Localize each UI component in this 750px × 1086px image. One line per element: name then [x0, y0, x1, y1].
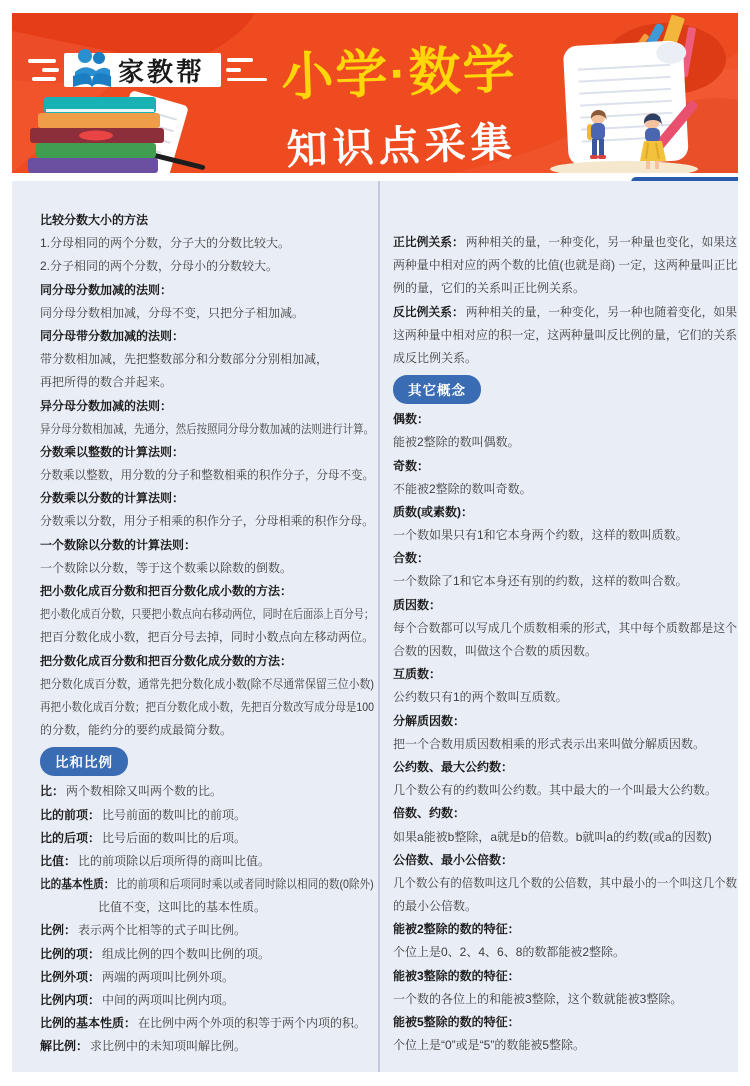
knowledge-line: 一个数除以分数，等于这个数乘以除数的倒数。 — [40, 557, 374, 580]
knowledge-line: 成反比例关系。 — [393, 347, 737, 370]
knowledge-line: 解比例：求比例中的未知项叫解比例。 — [40, 1035, 374, 1058]
term-heading: 质数(或素数)： — [393, 501, 737, 524]
knowledge-line: 个位上是“0”或是“5”的数能被5整除。 — [393, 1034, 737, 1057]
knowledge-line: 例的量，它们的关系叫正比例关系。 — [393, 277, 737, 300]
term-heading: 质因数： — [393, 594, 737, 617]
knowledge-line: 异分母分数相加减，先通分，然后按照同分母分数加减的法则进行计算。 — [40, 418, 374, 441]
knowledge-line: 一个数除了1和它本身还有别的约数，这样的数叫合数。 — [393, 570, 737, 593]
knowledge-line: 分数乘以分数，用分子相乘的积作分子，分母相乘的积作分母。 — [40, 510, 374, 533]
knowledge-panel: 比较分数大小的方法1.分母相同的两个分数，分子大的分数比较大。2.分子相同的两个… — [12, 181, 738, 1072]
knowledge-line: 一个数的各位上的和能被3整除，这个数就能被3整除。 — [393, 988, 737, 1011]
speed-line — [32, 77, 56, 81]
term-heading: 能被2整除的数的特征： — [393, 918, 737, 941]
scroll-kids-illustration — [542, 15, 738, 173]
knowledge-line: 比的前项：比号前面的数叫比的前项。 — [40, 804, 374, 827]
term-heading: 异分母分数加减的法则： — [40, 395, 374, 418]
left-column: 比较分数大小的方法1.分母相同的两个分数，分子大的分数比较大。2.分子相同的两个… — [40, 181, 374, 1059]
section-badge: 比和比例 — [40, 747, 128, 776]
knowledge-line: 把分数化成百分数，通常先把分数化成小数(除不尽通常保留三位小数) — [40, 673, 374, 696]
brand-band: 家教帮 — [64, 53, 221, 87]
term-heading: 互质数： — [393, 663, 737, 686]
knowledge-line: 不能被2整除的数叫奇数。 — [393, 478, 737, 501]
knowledge-line: 比例内项：中间的两项叫比例内项。 — [40, 989, 374, 1012]
knowledge-line: 比的基本性质：比的前项和后项同时乘以或者同时除以相同的数(0除外) — [40, 873, 374, 896]
term-heading: 分数乘以整数的计算法则： — [40, 441, 374, 464]
term-heading: 分解质因数： — [393, 710, 737, 733]
knowledge-line: 把小数化成百分数，只要把小数点向右移动两位，同时在后面添上百分号； — [40, 603, 374, 626]
knowledge-line: 这两种量中相对应的积一定，这两种量叫反比例的量，它们的关系 — [393, 324, 737, 347]
speed-line — [226, 68, 241, 72]
term-heading: 把分数化成百分数和把百分数化成分数的方法： — [40, 650, 374, 673]
knowledge-line: 正比例关系：两种相关的量，一种变化，另一种量也变化，如果这 — [393, 231, 737, 254]
term-heading: 比较分数大小的方法 — [40, 209, 374, 232]
knowledge-line: 几个数公有的约数叫公约数。其中最大的一个叫最大公约数。 — [393, 779, 737, 802]
knowledge-line: 比例：表示两个比相等的式子叫比例。 — [40, 919, 374, 942]
brand-name: 家教帮 — [118, 52, 205, 89]
speed-line — [42, 68, 59, 72]
term-heading: 把小数化成百分数和把百分数化成小数的方法： — [40, 580, 374, 603]
knowledge-line: 几个数公有的倍数叫这几个数的公倍数，其中最小的一个叫这几个数 — [393, 872, 737, 895]
knowledge-line: 的最小公倍数。 — [393, 895, 737, 918]
term-heading: 公倍数、最小公倍数： — [393, 849, 737, 872]
readers-book-icon — [68, 45, 116, 93]
section-badge-row: 其它概念 — [393, 370, 737, 408]
brand-logo: 家教帮 — [64, 53, 221, 87]
term-heading: 同分母带分数加减的法则： — [40, 325, 374, 348]
section-badge: 其它概念 — [393, 375, 481, 404]
knowledge-line: 把百分数化成小数，把百分号去掉，同时小数点向左移动两位。 — [40, 626, 374, 649]
knowledge-line: 的分数，能约分的要约成最简分数。 — [40, 719, 374, 742]
speed-line — [28, 59, 56, 63]
knowledge-line: 每个合数都可以写成几个质数相乘的形式，其中每个质数都是这个 — [393, 617, 737, 640]
knowledge-line: 比值不变，这叫比的基本性质。 — [40, 896, 374, 919]
page-subtitle: 知识点采集 — [254, 108, 548, 173]
speed-line — [227, 58, 253, 62]
knowledge-line: 再把所得的数合并起来。 — [40, 371, 374, 394]
knowledge-line: 公约数只有1的两个数叫互质数。 — [393, 686, 737, 709]
knowledge-line: 把一个合数用质因数相乘的形式表示出来叫做分解质因数。 — [393, 733, 737, 756]
header-titles: 小学·数学 知识点采集 — [252, 26, 549, 173]
term-heading: 一个数除以分数的计算法则： — [40, 534, 374, 557]
knowledge-line: 带分数相加减，先把整数部分和分数部分分别相加减， — [40, 348, 374, 371]
term-heading: 合数： — [393, 547, 737, 570]
term-heading: 公约数、最大公约数： — [393, 756, 737, 779]
term-heading: 奇数： — [393, 455, 737, 478]
knowledge-line: 同分母分数相加减，分母不变，只把分子相加减。 — [40, 302, 374, 325]
knowledge-line: 两种量中相对应的两个数的比值(也就是商) 一定，这两种量叫正比 — [393, 254, 737, 277]
term-heading: 同分母分数加减的法则： — [40, 279, 374, 302]
page-title: 小学·数学 — [252, 26, 546, 111]
knowledge-line: 个位上是0、2、4、6、8的数都能被2整除。 — [393, 941, 737, 964]
knowledge-line: 分数乘以整数，用分数的分子和整数相乘的积作分子，分母不变。 — [40, 464, 374, 487]
term-heading: 分数乘以分数的计算法则： — [40, 487, 374, 510]
knowledge-line: 比例的基本性质：在比例中两个外项的积等于两个内项的积。 — [40, 1012, 374, 1035]
right-column: 正比例关系：两种相关的量，一种变化，另一种量也变化，如果这两种量中相对应的两个数… — [393, 181, 737, 1057]
knowledge-line: 如果a能被b整除，a就是b的倍数。b就叫a的约数(或a的因数) — [393, 826, 737, 849]
section-badge-row: 比和比例 — [40, 742, 374, 780]
knowledge-line: 1.分母相同的两个分数，分子大的分数比较大。 — [40, 232, 374, 255]
knowledge-line: 一个数如果只有1和它本身两个约数，这样的数叫质数。 — [393, 524, 737, 547]
column-divider — [378, 181, 380, 1072]
knowledge-line: 比的后项：比号后面的数叫比的后项。 — [40, 827, 374, 850]
knowledge-line: 比：两个数相除又叫两个数的比。 — [40, 780, 374, 803]
knowledge-line: 2.分子相同的两个分数，分母小的分数较大。 — [40, 255, 374, 278]
knowledge-line: 比例外项：两端的两项叫比例外项。 — [40, 966, 374, 989]
poster-header: 家教帮 小学·数学 知识点采集 — [12, 13, 738, 173]
term-heading: 能被3整除的数的特征： — [393, 965, 737, 988]
term-heading: 能被5整除的数的特征： — [393, 1011, 737, 1034]
knowledge-line: 比值：比的前项除以后项所得的商叫比值。 — [40, 850, 374, 873]
term-heading: 倍数、约数： — [393, 802, 737, 825]
knowledge-line: 合数的因数，叫做这个合数的质因数。 — [393, 640, 737, 663]
knowledge-line: 再把小数化成百分数；把百分数化成小数，先把百分数改写成分母是100 — [40, 696, 374, 719]
knowledge-line: 能被2整除的数叫偶数。 — [393, 431, 737, 454]
knowledge-line: 反比例关系：两种相关的量，一种变化，另一种也随着变化，如果 — [393, 301, 737, 324]
term-heading: 偶数： — [393, 408, 737, 431]
knowledge-line: 比例的项：组成比例的四个数叫比例的项。 — [40, 943, 374, 966]
